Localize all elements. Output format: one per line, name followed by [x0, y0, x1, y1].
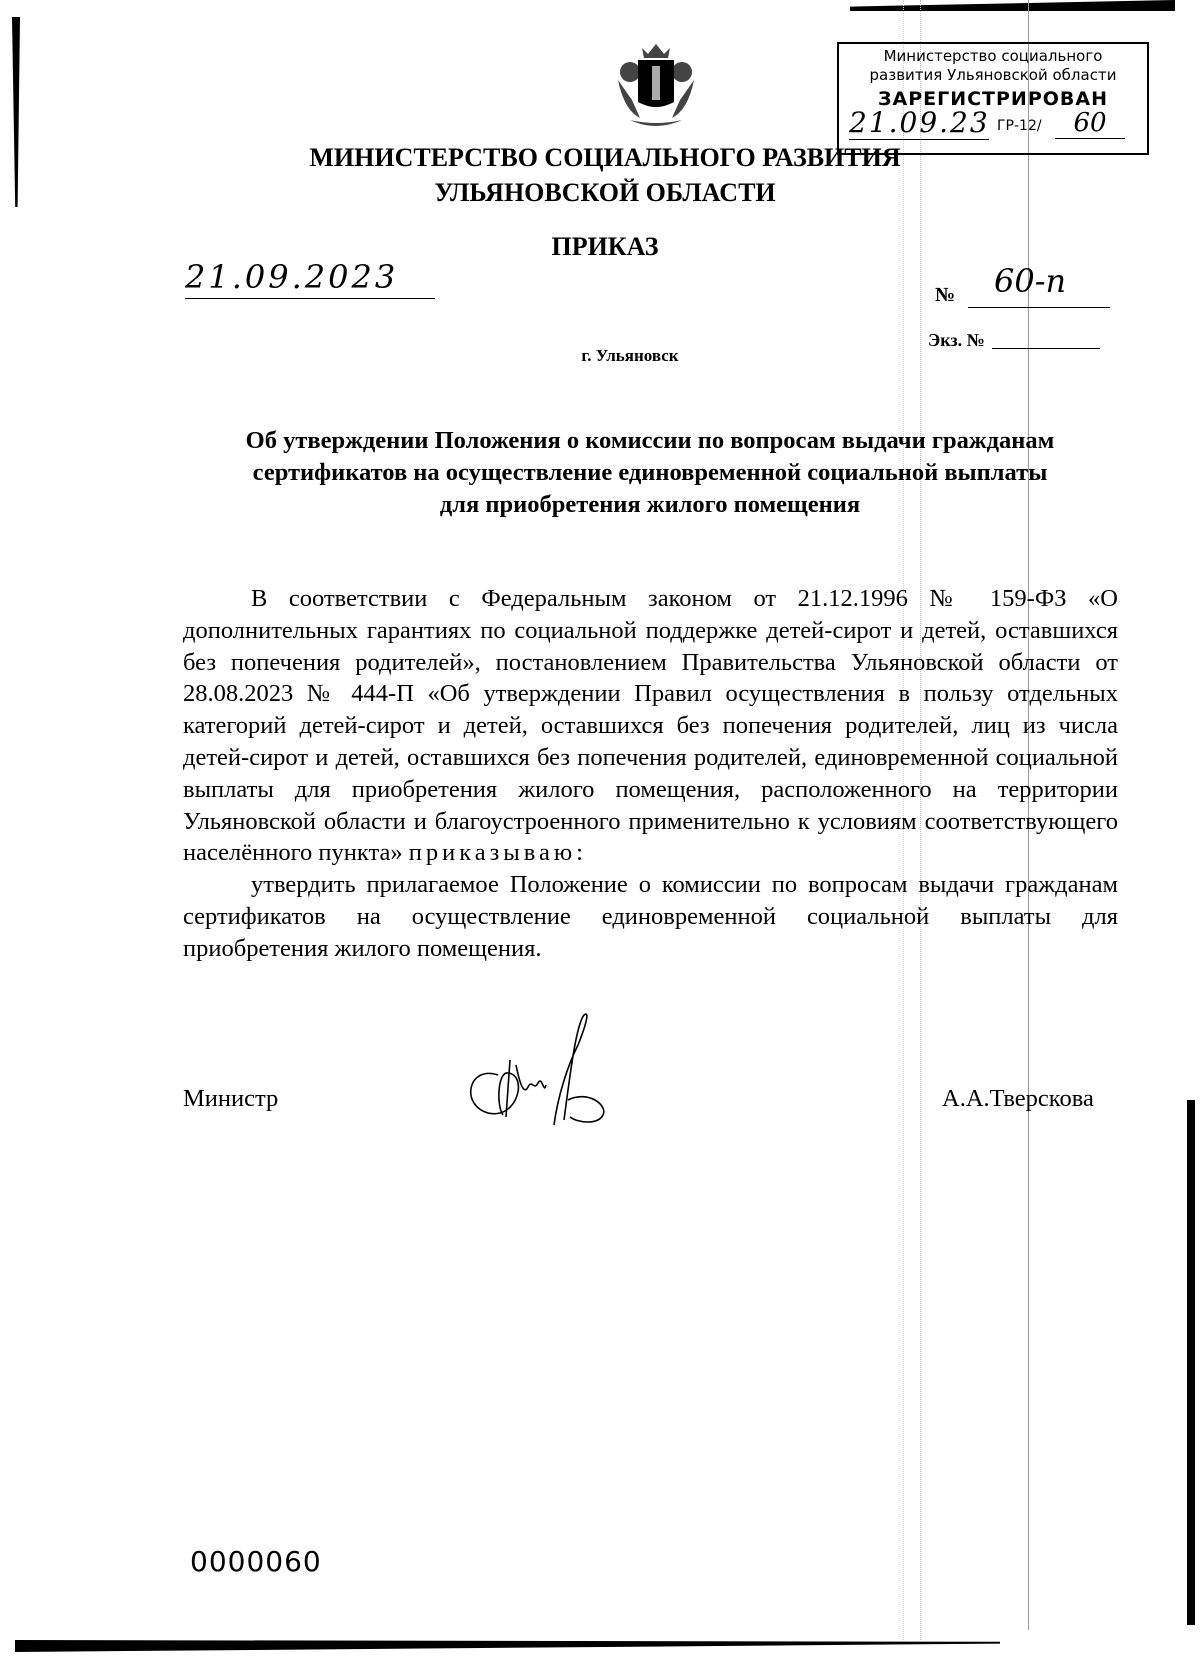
- order-date-handwritten: 21.09.2023: [185, 258, 435, 299]
- org-line-1: МИНИСТЕРСТВО СОЦИАЛЬНОГО РАЗВИТИЯ: [10, 140, 1200, 175]
- stamp-date-handwritten: 21.09.23: [849, 106, 989, 140]
- signatory-role: Министр: [183, 1085, 278, 1113]
- document-body: В соответствии с Федеральным законом от …: [183, 583, 1118, 965]
- coat-of-arms-icon: [610, 40, 702, 128]
- scan-edge-right: [1187, 1100, 1195, 1625]
- organization-name: МИНИСТЕРСТВО СОЦИАЛЬНОГО РАЗВИТИЯ УЛЬЯНО…: [0, 140, 1200, 210]
- signatory-name: А.А.Тверскова: [942, 1085, 1094, 1113]
- order-word: приказываю:: [409, 839, 587, 866]
- org-line-2: УЛЬЯНОВСКОЙ ОБЛАСТИ: [10, 175, 1200, 210]
- body-paragraph-1: В соответствии с Федеральным законом от …: [183, 583, 1118, 869]
- stamp-line-2: развития Ульяновской области: [839, 66, 1147, 85]
- registration-stamp: Министерство социального развития Ульяно…: [837, 42, 1149, 155]
- document-type: ПРИКАЗ: [0, 232, 1200, 262]
- title-line-3: для приобретения жилого помещения: [185, 489, 1115, 521]
- order-number-label: №: [935, 284, 955, 307]
- stamp-reg-number: 60: [1055, 108, 1125, 139]
- title-line-1: Об утверждении Положения о комиссии по в…: [185, 425, 1115, 457]
- stamp-line-1: Министерство социального: [839, 47, 1147, 66]
- document-title: Об утверждении Положения о комиссии по в…: [185, 425, 1115, 521]
- scan-edge-top: [850, 0, 1175, 11]
- body-paragraph-2: утвердить прилагаемое Положение о комисс…: [183, 869, 1118, 964]
- scan-edge-bottom: [15, 1640, 1000, 1652]
- city: г. Ульяновск: [0, 346, 1200, 366]
- handwritten-signature-icon: [458, 1005, 658, 1135]
- title-line-2: сертификатов на осуществление единовреме…: [185, 457, 1115, 489]
- document-code: 0000060: [190, 1545, 322, 1578]
- paragraph-1-text: В соответствии с Федеральным законом от …: [183, 585, 1118, 866]
- order-number-handwritten: 60-п: [968, 262, 1110, 308]
- stamp-reg-prefix: ГР-12/: [997, 118, 1042, 134]
